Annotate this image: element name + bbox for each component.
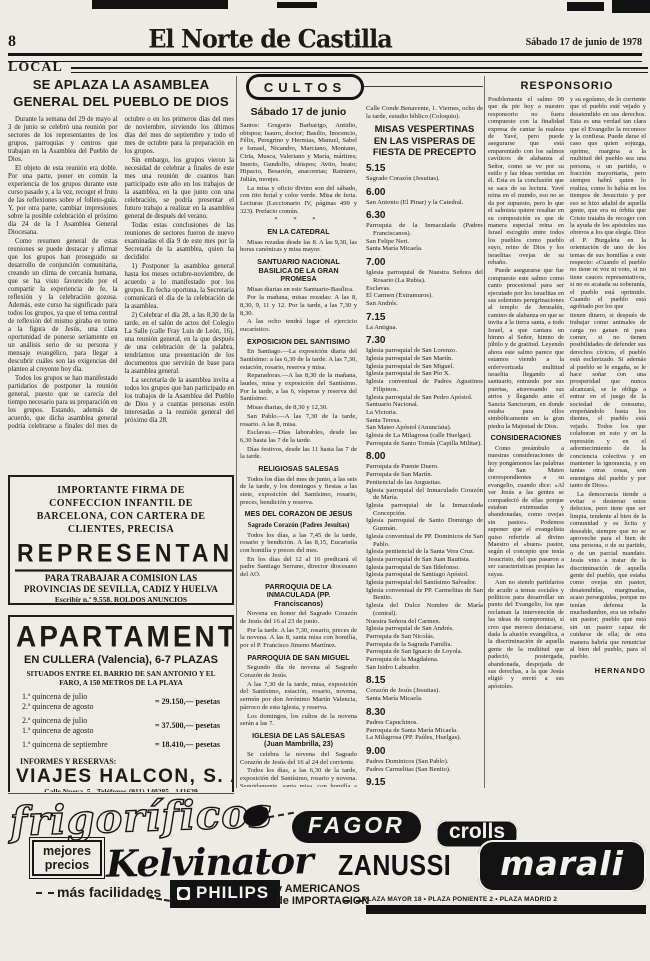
text-line: La misa y oficio divino son del sábado, … [240,185,357,216]
text-line: Misas diarias, de 8,30 y 12,30. [240,404,357,412]
local-article-region: SE APLAZA LA ASAMBLEA GENERAL DEL PUEBLO… [8,76,234,792]
price-period: 1.ª quincena de agosto [22,726,94,736]
text-line: Iglesia parroquial de Santo Domingo de G… [366,517,483,532]
text-line: Parroquia de San Martín. [366,471,483,479]
text-line: En los días del 12 al 16 predicará el pa… [240,556,357,579]
edition-date: Sábado 17 de junio de 1978 [472,37,642,51]
frigorificos-script-logo: frigoríficos [9,789,273,845]
price-period: 2.ª quincena de julio [22,716,94,726]
text-line: MISAS VESPERTINAS EN LAS VISPERAS DE FIE… [368,124,481,159]
marali-addresses: PLAZA MAYOR 18 • PLAZA PONIENTE 2 • PLAZ… [363,896,647,903]
marali-address-bar [366,905,646,914]
price-row: 2.ª quincena de julio 1.ª quincena de ag… [22,716,220,735]
section-rule [71,67,648,73]
text-line: Novena en honor del Sagrado Corazón de J… [240,610,357,625]
viajes-halcon-brand: VIAJES HALCON, S. A. (GAT. 256) [16,767,226,787]
text-line: Parroquia de la Sagrada Familia. [366,641,483,649]
text-line: Misas rezadas desde las 8. A las 9,30, l… [240,239,357,254]
text-line: La Milagrosa (PP. Paúles, Huelgas). [366,734,483,742]
text-line: 1) Postponer la asamblea general hasta l… [125,263,235,311]
dash-decoration [36,892,54,894]
price-period: 1.ª quincena de septiembre [22,740,108,750]
text-line: 7.30 [366,335,483,346]
text-line: Parroquia de Santo Tomás (Capilla Milita… [366,440,483,448]
text-line: Iglesia conventual de Padres Agustinos F… [366,378,483,393]
text-line: Iglesia parroquial de Santiago Apóstol. [366,571,483,579]
text-line: A las 7,30 de la tarde, misa, exposición… [240,681,357,712]
mas-facilidades-text: más facilidades [57,884,161,900]
text-line: La Antigua. [366,324,483,332]
ad-text: IMPORTANTE FIRMA DE [15,484,227,497]
text-line: Misas diarias en este Santuario-Basílica… [240,286,357,294]
ad-text: EN CULLERA (Valencia), 6-7 PLAZAS [16,654,226,666]
column-rule [484,76,485,788]
ad-text: CLIENTES, PRECISA [15,523,227,536]
marali-logo: marali [478,840,646,892]
text-line: Parroquia de Santa María Micaela. [366,727,483,735]
text-line: Santa Teresa. [366,417,483,425]
text-line: Parroquia de Puente Duero. [366,463,483,471]
text-line: 8.00 [366,451,483,462]
text-line: A las ocho tendrá lugar el ejercicio euc… [240,318,357,333]
text-line: RELIGIOSAS SALESAS [242,465,355,474]
price-value: = 37.500,— pesetas [155,721,220,730]
text-line: 8.15 [366,675,483,686]
dash-decoration [344,900,362,902]
ad-text: INFORMES Y RESERVAS: [20,757,222,766]
text-line: San Andrés. [366,300,483,308]
column-rule [236,76,237,788]
text-line: Aun no siendo partidarios de acudir a te… [488,579,564,690]
masthead: El Norte de Castilla [68,26,472,51]
top-ink-bar [612,0,650,13]
text-line: El objeto de esta reunión era doble. Por… [8,165,118,237]
ad-text: BARCELONA, CON CARTERA DE [15,510,227,523]
author-byline: HERNANDO [570,666,646,675]
text-line: Padres Capuchinos. [366,719,483,727]
text-line: Sagrado Corazón (Padres Jesuitas) [240,522,357,530]
text-line: Iglesia parroquial de San Miguel. [366,363,483,371]
text-line: Santuario Nacional. [366,401,483,409]
cultos-column-1: Sábado 17 de junioSantos: Gregorio Barba… [240,105,357,787]
text-line: La Victoria. [366,409,483,417]
text-line: Como preámbulo a nuestras consideracione… [488,445,564,578]
price-row: 1.ª quincena de septiembre = 18.410,— pe… [22,740,220,750]
text-line: Iglesia parroquial de San Pío X. [366,370,483,378]
cultos-title: CULTOS [246,74,364,100]
text-line: El Carmen (Extramuros). [366,292,483,300]
mejores-precios-box: mejores precios [32,840,102,876]
kelvinator-logo: Kelvinator [106,838,313,886]
text-line: Corazón de Jesús (Jesuitas). [366,687,483,695]
price-value: = 18.410,— pesetas [155,740,220,749]
text-line: Santos: Gregorio Barbarigo, Antidio, obi… [240,122,357,184]
text-line: * * * [240,216,357,224]
text-line: MES DEL CORAZON DE JESUS [242,510,355,519]
philips-emblem-icon [177,887,190,900]
price-value: = 29.150,— pesetas [155,697,220,706]
text-line: 6.00 [366,187,483,198]
text-line: Iglesia parroquial de San Lorenzo. [366,347,483,355]
price-period: 2.ª quincena de agosto [22,702,94,712]
text-line: EXPOSICION DEL SANTISIMO [242,338,355,347]
ad-headline: REPRESENTANTE [15,536,234,571]
ad-text: precios [43,858,91,872]
top-ink-bar [277,2,317,8]
text-line: EN LA CATEDRAL [242,228,355,237]
ad-text: SITUADOS ENTRE EL BARRIO DE SAN ANTONIO … [16,669,226,678]
text-line: Parroquia de San Nicolás. [366,633,483,641]
zanussi-logo: ZANUSSI [338,850,451,883]
ad-text: FARO, A 150 METROS DE LA PLAYA [16,678,226,687]
text-line: San Felipe Neri. [366,238,483,246]
text-line: 6.30 [366,210,483,221]
text-line: San Antonio (El Pinar) y la Catedral. [366,199,483,207]
text-line: Todos los días del mes de junio, a las s… [240,476,357,507]
text-line: 5.15 [366,163,483,174]
page-header: 8 El Norte de Castilla Sábado 17 de juni… [8,25,642,51]
text-line: IGLESIA DE LAS SALESAS (Juan Mambrilla, … [242,732,355,749]
text-line: Iglesia parroquial de San Pedro Apóstol. [366,394,483,402]
text-line: Los domingos, los cultos de la novena se… [240,713,357,728]
text-line: Todas estas conclusiones de las reunione… [125,222,235,262]
text-line: Sin embargo, los grupos vieron la necesi… [125,157,235,221]
text-line: Sábado 17 de junio [240,106,357,118]
text-line: Posiblemente el salmo 99 que da pie hoy … [488,96,564,266]
text-line: 2) Celebrar el día 28, a las 8,30 de la … [125,312,235,376]
text-line: Iglesia parroquial de San Ildefonso. [366,564,483,572]
text-line: PARROQUIA DE LA INMACULADA (PP. Francisc… [242,583,355,609]
cultos-rule [360,86,483,87]
text-line: 9.15 [366,777,483,787]
text-line: Iglesia conventual de PP. Carmelitas de … [366,587,483,602]
text-line: tienen dinero, si después de trabajar co… [570,312,646,490]
text-line: Iglesia de La Milagrosa (calle Huelgas). [366,432,483,440]
text-line: Se celebra la novena del Sagrado Corazón… [240,751,357,766]
text-line: 9.00 [366,746,483,757]
ad-apartamentos: APARTAMENTOS EN CULLERA (Valencia), 6-7 … [8,615,234,792]
newspaper-page: { "page": { "number": "8", "masthead": "… [0,0,650,961]
cultos-column-2: Calle Conde Benavente, 1. Viernes, ocho … [366,105,483,787]
text-line: SANTUARIO NACIONAL BASILICA DE LA GRAN P… [242,258,355,284]
text-line: Durante la semana del 29 de mayo al 3 de… [8,116,118,164]
text-line: Iglesia parroquial del Santísimo Salvado… [366,579,483,587]
ad-text: Escribir n.º 9.558. ROLDOS ANUNCIOS [15,595,227,604]
text-line: CONSIDERACIONES [490,434,562,443]
text-line: 7.15 [366,312,483,323]
text-line: Esclavas. [366,285,483,293]
text-line: Iglesia del Dulce Nombre de María (centr… [366,602,483,617]
text-line: San Mateo Apóstol (Anunciata). [366,424,483,432]
text-line: Iglesia parroquial de San Andrés. [366,625,483,633]
text-line: Santa María Micaela. [366,695,483,703]
text-line: Padres Dominicos (San Pablo). [366,758,483,766]
ad-text: Vergara, 10. BARCELONA 2 [15,604,227,605]
ad-text: mejores [43,844,91,858]
text-line: Parroquia de la Magdalena. [366,656,483,664]
text-line: Sagrado Corazón (Jesuitas). [366,175,483,183]
text-line: La democracia tiende a evitar o desterra… [570,491,646,661]
text-line: Todos los días, a las 6,30 de la tarde, … [240,767,357,787]
responsorio-title: RESPONSORIO [488,80,646,92]
text-line: Parroquia de San Ignacio de Loyola. [366,648,483,656]
text-line: Iglesia parroquial de Nuestra Señora del… [366,269,483,284]
ad-headline: APARTAMENTOS [16,622,226,651]
text-line: Por la mañana, misas rezadas: A las 8, 8… [240,294,357,317]
responsorio-section: RESPONSORIO Posiblemente el salmo 99 que… [488,80,646,842]
text-line: Iglesia parroquial del Inmaculado Corazó… [366,487,483,502]
text-line: La secretaría de la asamblea invita a to… [125,377,235,425]
text-line: Iglesia penitencial de la Santa Vera Cru… [366,548,483,556]
text-line: Puede asegurarse que fue compuesto este … [488,267,564,430]
text-line: San Pablo.—A las 7,30 de la tarde, rosar… [240,413,357,428]
text-line: Reparadoras.—A las 8,30 de la mañana, la… [240,372,357,403]
text-line: Como resumen general de estas reuniones … [8,238,118,374]
article-body: Durante la semana del 29 de mayo al 3 de… [8,116,234,466]
text-line: San Isidro Labrador. [366,664,483,672]
ad-text: PROVINCIAS DE SEVILLA, CADIZ Y HUELVA [15,584,227,595]
ad-text: PARA TRABAJAR A COMISION LAS [15,573,227,584]
text-line: Nuestra Señora del Carmen. [366,618,483,626]
text-line: Esclavas.—Días laborables, desde las 6,3… [240,429,357,444]
article-headline: SE APLAZA LA ASAMBLEA GENERAL DEL PUEBLO… [10,76,232,110]
text-line: 7.00 [366,257,483,268]
text-line: Padres Carmelitas (San Benito). [366,766,483,774]
responsorio-column-1: Posiblemente el salmo 99 que da pie hoy … [488,96,564,836]
section-label: LOCAL [8,60,63,76]
ad-text: CONFECCION INFANTIL DE [15,497,227,510]
text-line: Iglesia parroquial de San Martín. [366,355,483,363]
text-line: Penitencial de las Angustias. [366,479,483,487]
text-line: Segundo día de novena al Sagrado Corazón… [240,664,357,679]
top-ink-bar [92,0,228,9]
americanos-text: y AMERICANOS de IMPORTACION [276,883,369,907]
cultos-section: CULTOS Sábado 17 de junioSantos: Gregori… [240,74,483,792]
text-line: Iglesia conventual de PP. Dominicos de S… [366,533,483,548]
text-line: PARROQUIA DE SAN MIGUEL [242,654,355,663]
text-line: Parroquia de la Inmaculada (Padres Franc… [366,222,483,237]
page-number: 8 [8,33,68,51]
text-line: y su egoísmo, de lo corriente que el pue… [570,96,646,311]
text-line: Iglesia parroquial de San Juan Bautista. [366,556,483,564]
responsorio-column-2: y su egoísmo, de lo corriente que el pue… [570,96,646,836]
price-row: 1.ª quincena de julio 2.ª quincena de ag… [22,692,220,711]
text-line: En Santiago.—La exposición diaria del Sa… [240,348,357,371]
text-line: Por la tarde. A las 7,30, rosario, prece… [240,627,357,650]
ad-representante: IMPORTANTE FIRMA DE CONFECCION INFANTIL … [8,475,234,605]
text-line: Calle Conde Benavente, 1. Viernes, ocho … [366,105,483,120]
text-line: 8.30 [366,707,483,718]
text-line: Santa María Micaela. [366,245,483,253]
top-ink-bar [567,2,604,11]
text-line: Iglesia parroquial de la Inmaculada Conc… [366,502,483,517]
philips-logo: PHILIPS [170,880,280,908]
text-line: Días festivos, desde las 11 hasta las 7 … [240,446,357,461]
price-period: 1.ª quincena de julio [22,692,94,702]
text-line: Todos los días, a las 7,45 de la tarde, … [240,532,357,555]
